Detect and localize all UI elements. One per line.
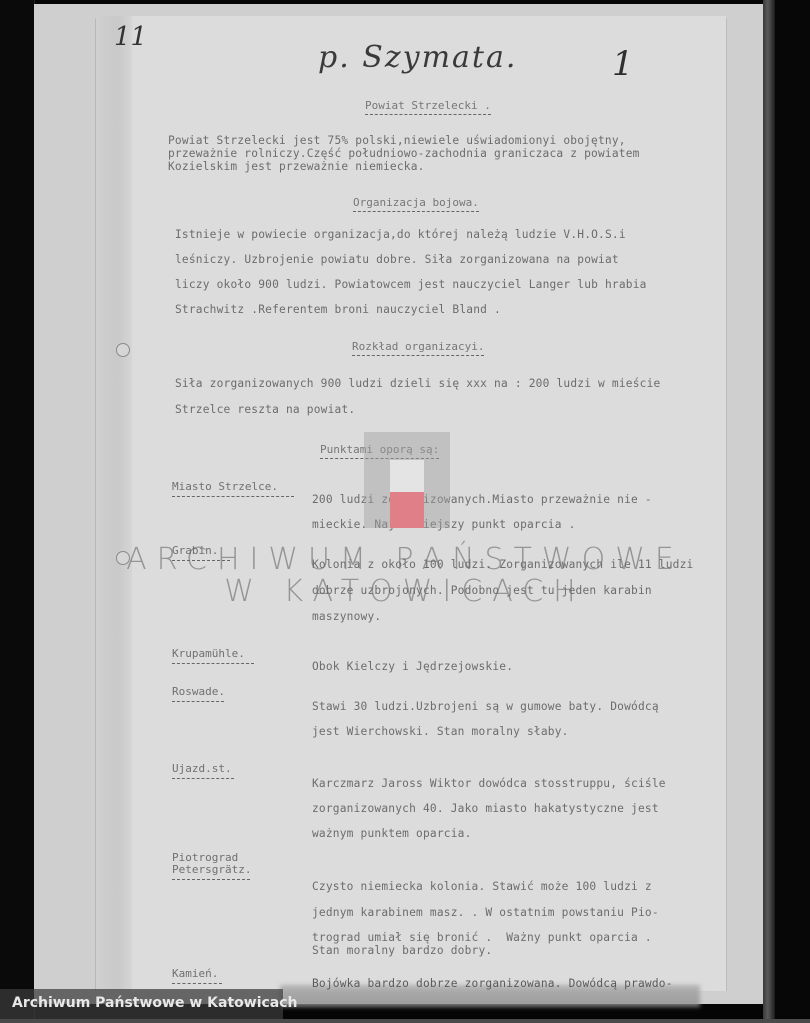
entry-line: Stawi 30 ludzi.Uzbrojeni są w gumowe bat…: [312, 700, 659, 713]
document-heading: Powiat Strzelecki .: [365, 99, 491, 115]
section-title-organization: Organizacja bojowa.: [353, 196, 479, 212]
section1-line: leśniczy. Uzbrojenie powiatu dobre. Siła…: [175, 253, 619, 266]
section2-line: Strzelce reszta na powiat.: [175, 403, 355, 416]
section1-line: Istnieje w powiecie organizacja,do które…: [175, 228, 626, 241]
entry-line: jednym karabinem masz. . W ostatnim pows…: [312, 906, 659, 919]
intro-line: Kozielskim jest przeważnie niemiecka.: [168, 160, 425, 173]
entry-line: jest Wierchowski. Stan moralny słaby.: [312, 725, 569, 738]
handwritten-page-number: 1: [612, 44, 634, 84]
entry-line: Czysto niemiecka kolonia. Stawić może 10…: [312, 880, 652, 893]
place-label: Miasto Strzelce.: [172, 481, 294, 497]
archive-logo-white: [390, 460, 424, 492]
place-label: Roswade.: [172, 686, 225, 702]
bottom-border: [0, 1019, 810, 1023]
place-label: Kamień.: [172, 968, 222, 984]
source-label: Archiwum Państwowe w Katowicach: [12, 995, 298, 1011]
film-strip-left: [0, 0, 35, 1023]
intro-line: Powiat Strzelecki jest 75% polski,niewie…: [168, 134, 626, 147]
entry-line: Stan moralny bardzo dobry.: [312, 944, 492, 957]
entry-line: 200 ludzi zorganizowanych.Miasto przeważ…: [312, 493, 652, 506]
section1-line: Strachwitz .Referentem broni nauczyciel …: [175, 303, 501, 316]
watermark-line2: W KATOWICACH: [0, 574, 810, 609]
corner-mark: 11: [114, 22, 147, 52]
page-fold: [96, 16, 133, 991]
entry-line: Bojówka bardzo dobrze zorganizowana. Dow…: [312, 977, 673, 990]
entry-line: zorganizowanych 40. Jako miasto hakatyst…: [312, 802, 659, 815]
intro-line: przeważnie rolniczy.Część południowo-zac…: [168, 147, 640, 160]
section-title-distribution: Rozkład organizacyi.: [352, 340, 484, 356]
archive-logo-red: [390, 492, 424, 528]
place-label: Piotrograd Petersgrätz.: [172, 852, 251, 880]
entry-line: ważnym punktem oparcia.: [312, 827, 472, 840]
place-label: Ujazd.st.: [172, 763, 234, 779]
film-strip-right: [775, 0, 810, 1023]
entry-line: trograd umiał się bronić . Ważny punkt o…: [312, 931, 652, 944]
film-strip-right-edge: [763, 0, 775, 1023]
section2-line: Siła zorganizowanych 900 ludzi dzieli si…: [175, 377, 660, 390]
punch-hole: [116, 343, 130, 357]
place-label: Krupamühle.: [172, 648, 254, 664]
entry-line: Obok Kielczy i Jędrzejowskie.: [312, 660, 513, 673]
section1-line: liczy około 900 ludzi. Powiatowcem jest …: [175, 278, 647, 291]
handwritten-title: p. Szymata.: [318, 40, 517, 75]
watermark-line1: ARCHIWUM PAŃSTWOWE: [0, 542, 810, 577]
entry-line: maszynowy.: [312, 610, 381, 623]
entry-line: Karczmarz Jaross Wiktor dowódca stosstru…: [312, 777, 666, 790]
